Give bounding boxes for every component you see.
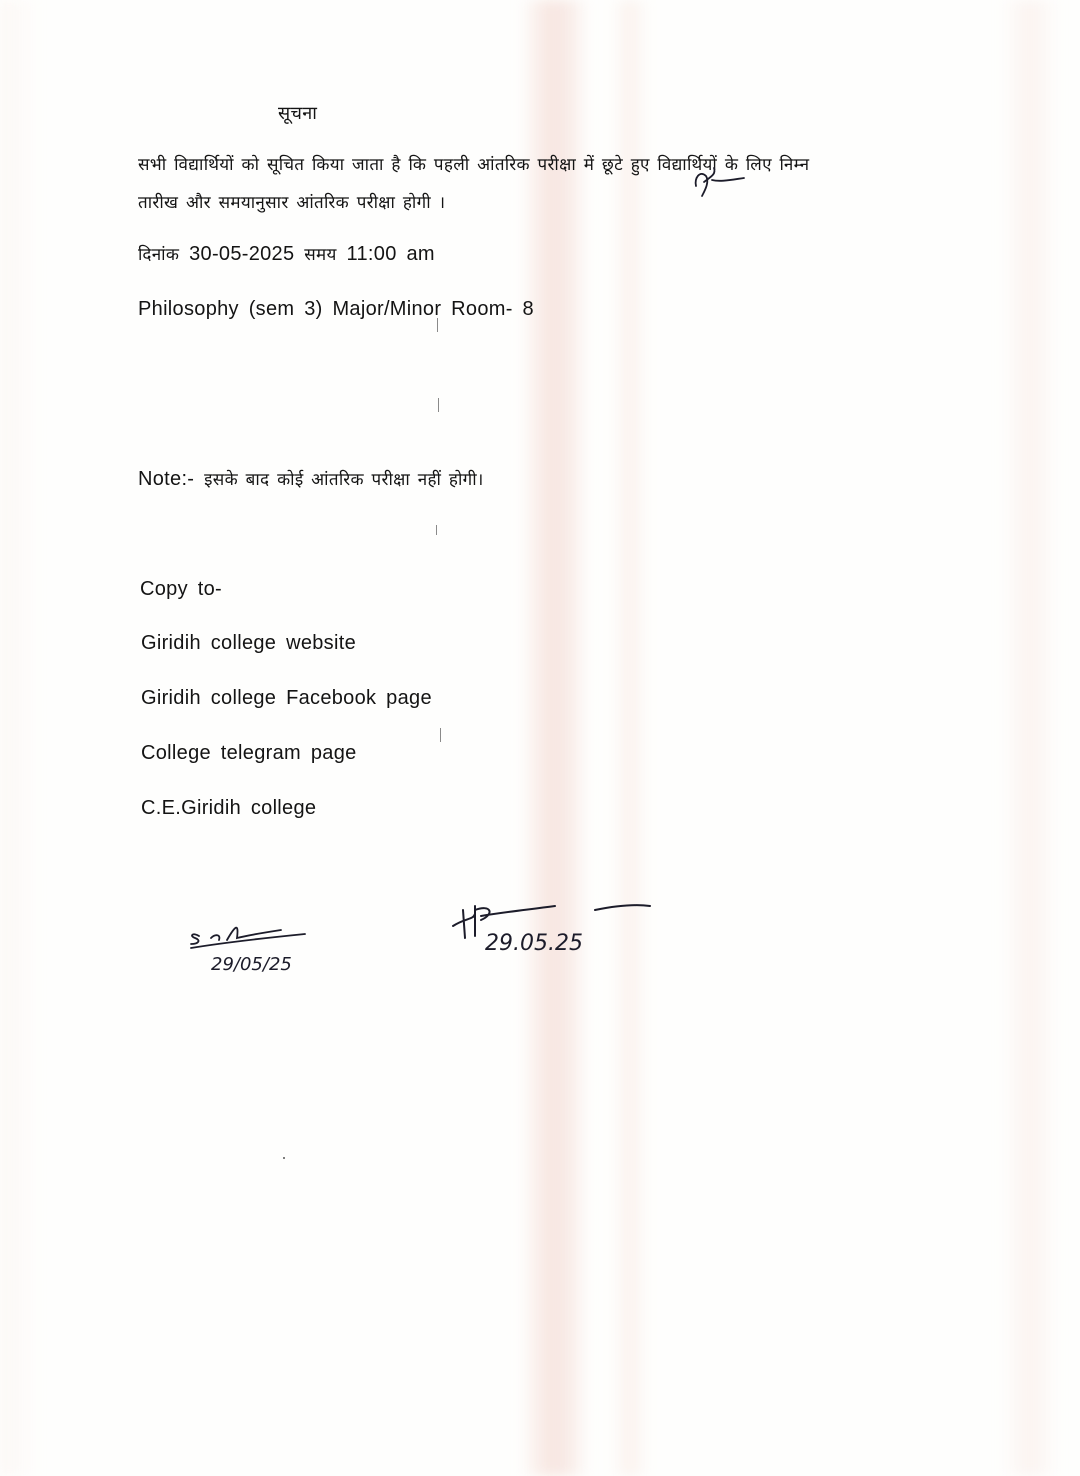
svg-text:29.05.25: 29.05.25 [485,931,583,956]
exam-schedule: दिनांक 30-05-2025 समय 11:00 am [138,242,435,266]
note-label: Note:- [138,468,194,490]
notice-title: सूचना [278,101,317,125]
copy-recipient: C.E.Giridih college [141,797,432,852]
scan-artifact [438,398,439,412]
exam-time: 11:00 am [347,243,435,265]
date-label: दिनांक [138,245,179,265]
copy-to-heading: Copy to- [140,578,222,601]
notice-document: सूचना सभी विद्यार्थियों को सूचित किया जा… [0,0,1080,1476]
scan-artifact [437,318,438,332]
note-line: Note:- इसके बाद कोई आंतरिक परीक्षा नहीं … [138,467,484,491]
signature-right: 29.05.25 [445,900,665,970]
exam-subject-line: Philosophy (sem 3) Major/Minor Room- 8 [138,298,534,321]
scan-artifact [436,525,437,535]
exam-date: 30-05-2025 [189,243,294,265]
scan-artifact [440,728,441,742]
copy-recipient: Giridih college website [141,632,432,687]
handwritten-correction [690,162,750,198]
scan-speck [283,1157,285,1159]
time-label: समय [304,245,336,265]
svg-text:29/05/25: 29/05/25 [211,954,292,975]
copy-recipient: College telegram page [141,742,432,797]
copy-recipient: Giridih college Facebook page [141,687,432,742]
note-text: इसके बाद कोई आंतरिक परीक्षा नहीं होगी। [204,470,484,490]
copy-to-list: Giridih college website Giridih college … [141,632,432,852]
signature-left: 29/05/25 [185,920,345,980]
notice-paragraph-line-2: तारीख और समयानुसार आंतरिक परीक्षा होगी । [138,190,445,213]
